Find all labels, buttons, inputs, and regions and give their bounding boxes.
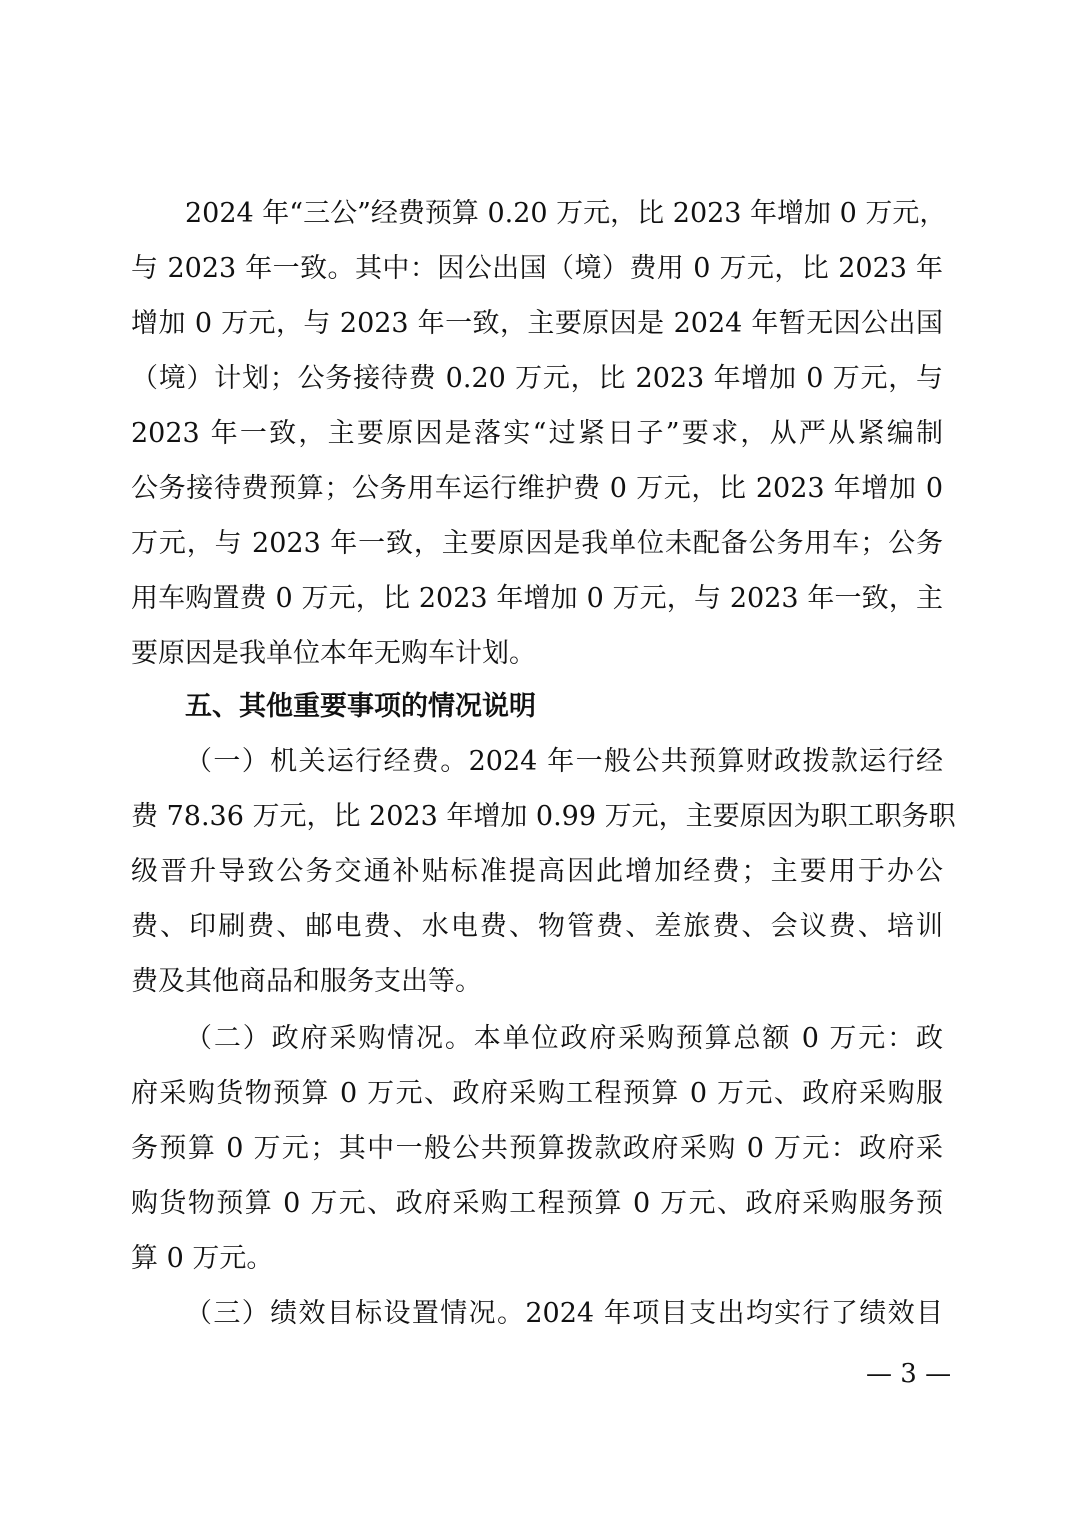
paragraph-line: 购货物预算 0 万元、政府采购工程预算 0 万元、政府采购服务预	[131, 1188, 943, 1220]
paragraph-line: 用车购置费 0 万元，比 2023 年增加 0 万元，与 2023 年一致，主	[131, 583, 943, 615]
section-heading: 五、其他重要事项的情况说明	[185, 691, 536, 723]
paragraph-line: 费、印刷费、邮电费、水电费、物管费、差旅费、会议费、培训	[131, 911, 943, 943]
paragraph-line: 务预算 0 万元；其中一般公共预算拨款政府采购 0 万元：政府采	[131, 1133, 943, 1165]
paragraph-line: 费 78.36 万元，比 2023 年增加 0.99 万元，主要原因为职工职务职	[131, 801, 943, 833]
paragraph-line: 2024 年“三公”经费预算 0.20 万元，比 2023 年增加 0 万元，	[185, 198, 943, 230]
paragraph-line: 府采购货物预算 0 万元、政府采购工程预算 0 万元、政府采购服	[131, 1078, 943, 1110]
page-number: — 3 —	[866, 1358, 951, 1390]
paragraph-line: 2023 年一致，主要原因是落实“过紧日子”要求，从严从紧编制	[131, 418, 943, 450]
paragraph-line: 级晋升导致公务交通补贴标准提高因此增加经费；主要用于办公	[131, 856, 943, 888]
paragraph-line: 万元，与 2023 年一致，主要原因是我单位未配备公务用车；公务	[131, 528, 943, 560]
paragraph-line: （二）政府采购情况。本单位政府采购预算总额 0 万元：政	[185, 1023, 943, 1055]
document-page: 2024 年“三公”经费预算 0.20 万元，比 2023 年增加 0 万元， …	[0, 0, 1074, 1520]
paragraph-line: 费及其他商品和服务支出等。	[131, 966, 943, 998]
paragraph-line: 要原因是我单位本年无购车计划。	[131, 638, 943, 670]
paragraph-line: 算 0 万元。	[131, 1243, 943, 1275]
paragraph-line: （一）机关运行经费。2024 年一般公共预算财政拨款运行经	[185, 746, 943, 778]
paragraph-line: 公务接待费预算；公务用车运行维护费 0 万元，比 2023 年增加 0	[131, 473, 943, 505]
paragraph-line: 增加 0 万元，与 2023 年一致，主要原因是 2024 年暂无因公出国	[131, 308, 943, 340]
paragraph-line: （三）绩效目标设置情况。2024 年项目支出均实行了绩效目	[185, 1298, 943, 1330]
paragraph-line: 与 2023 年一致。其中：因公出国（境）费用 0 万元，比 2023 年	[131, 253, 943, 285]
paragraph-line: （境）计划；公务接待费 0.20 万元，比 2023 年增加 0 万元，与	[131, 363, 943, 395]
